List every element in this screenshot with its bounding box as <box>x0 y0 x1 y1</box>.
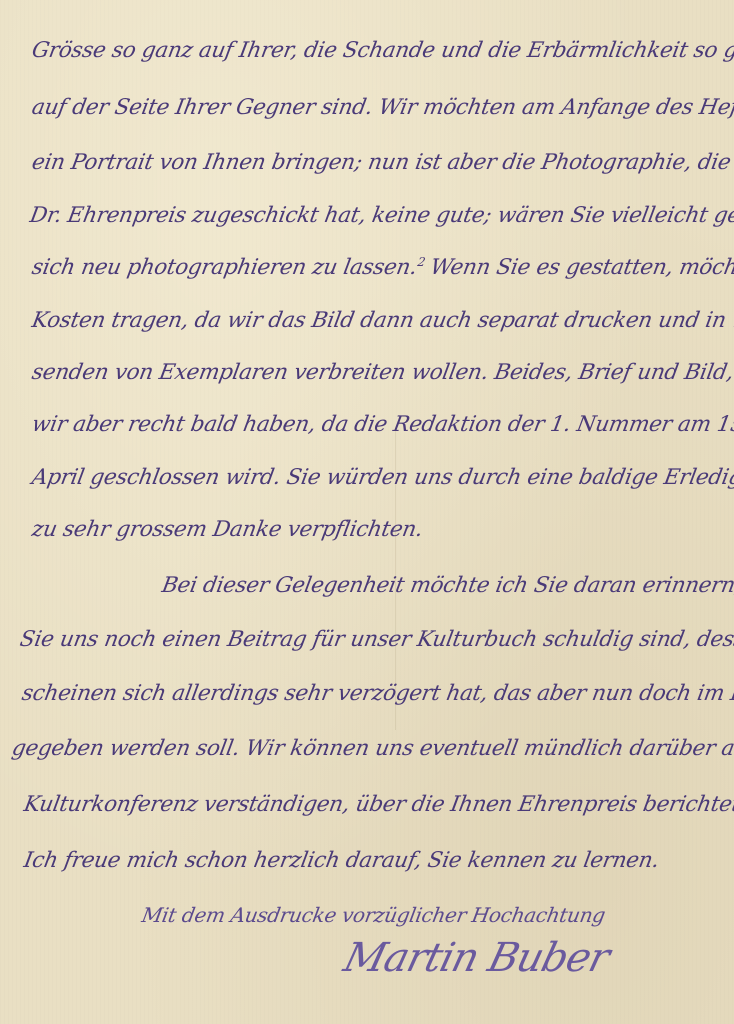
text-fragment: Wenn Sie es gestatten, möchten wir die <box>428 255 734 280</box>
closing-line: Mit dem Ausdrucke vorzüglicher Hochachtu… <box>140 903 607 927</box>
text-line: wir aber recht bald haben, da die Redakt… <box>30 412 734 437</box>
text-line: sich neu photographieren zu lassen.2 Wen… <box>30 255 734 280</box>
text-line: Kulturkonferenz verständigen, über die I… <box>22 792 734 817</box>
letter-page: Grösse so ganz auf Ihrer, die Schande un… <box>0 0 734 1024</box>
text-fragment: sich neu photographieren zu lassen. <box>30 255 419 280</box>
text-line: auf der Seite Ihrer Gegner sind. Wir möc… <box>30 95 734 120</box>
text-line: scheinen sich allerdings sehr verzögert … <box>20 681 734 706</box>
text-line: Bei dieser Gelegenheit möchte ich Sie da… <box>160 573 734 598</box>
text-line: zu sehr grossem Danke verpflichten. <box>30 517 425 542</box>
text-line: Dr. Ehrenpreis zugeschickt hat, keine gu… <box>28 203 734 228</box>
text-line: senden von Exemplaren verbreiten wollen.… <box>30 360 734 385</box>
text-line: ein Portrait von Ihnen bringen; nun ist … <box>30 150 734 175</box>
text-line: Kosten tragen, da wir das Bild dann auch… <box>30 308 734 333</box>
footnote-marker: 2 <box>416 255 426 269</box>
text-line: Sie uns noch einen Beitrag für unser Kul… <box>18 627 734 652</box>
text-line: Ich freue mich schon herzlich darauf, Si… <box>22 848 661 873</box>
text-line: April geschlossen wird. Sie würden uns d… <box>30 465 734 490</box>
signature: Martin Buber <box>339 935 613 981</box>
text-line: gegeben werden soll. Wir können uns even… <box>10 736 734 761</box>
text-line: Grösse so ganz auf Ihrer, die Schande un… <box>30 38 734 63</box>
